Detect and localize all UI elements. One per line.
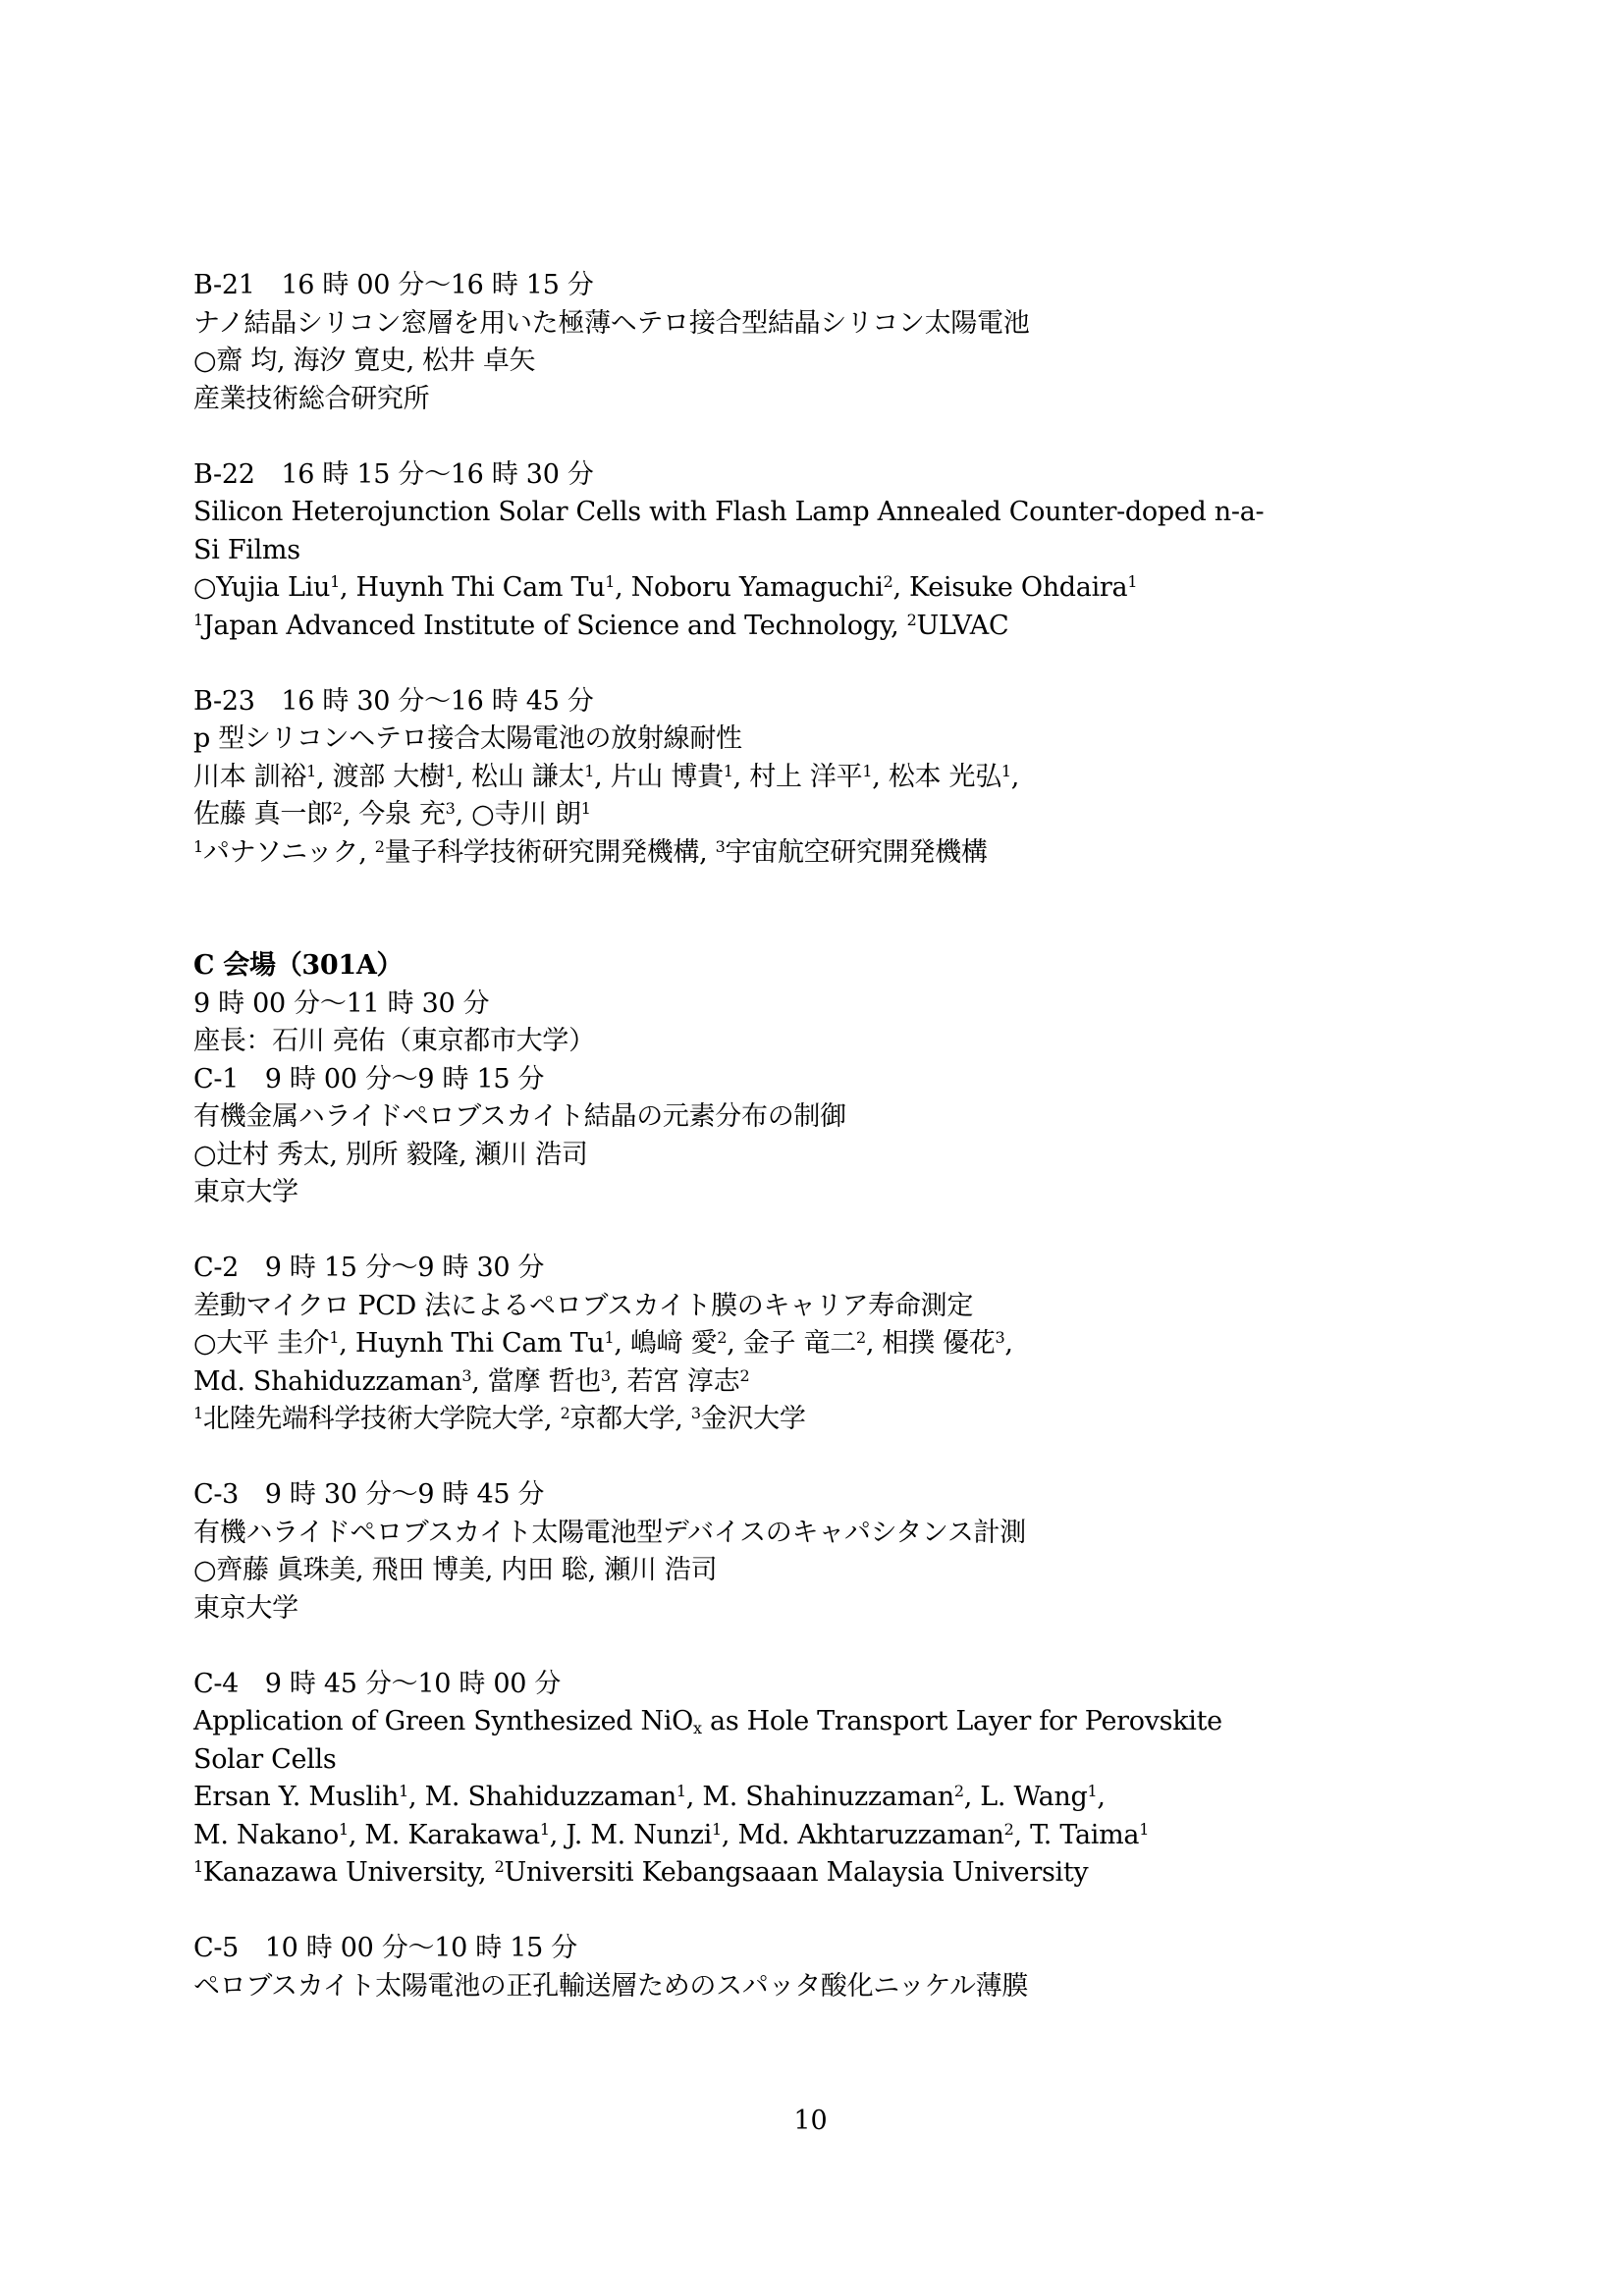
entry-title: 有機ハライドペロブスカイト太陽電池型デバイスのキャパシタンス計測 [193, 1515, 1470, 1553]
entry-c4: C-4 9 時 45 分～10 時 00 分 Application of Gr… [193, 1666, 1470, 1893]
entry-affiliation: 東京大学 [193, 1174, 1470, 1212]
entry-authors: ○齋 均, 海汐 寛史, 松井 卓矢 [193, 343, 1470, 381]
entry-time: 9 時 30 分～9 時 45 分 [265, 1479, 544, 1510]
entry-title: Silicon Heterojunction Solar Cells with … [193, 494, 1470, 532]
entry-id: C-5 [193, 1933, 239, 1963]
program-page: B-21 16 時 00 分～16 時 15 分 ナノ結晶シリコン窓層を用いた極… [193, 267, 1470, 2005]
entry-c1: C-1 9 時 00 分～9 時 15 分 有機金属ハライドペロブスカイト結晶の… [193, 1061, 1470, 1212]
entry-authors: ○Yujia Liu1, Huynh Thi Cam Tu1, Noboru Y… [193, 569, 1470, 608]
entry-affiliation: 1北陸先端科学技術大学院大学, 2京都大学, 3金沢大学 [193, 1401, 1470, 1439]
entry-b22: B-22 16 時 15 分～16 時 30 分 Silicon Heteroj… [193, 456, 1470, 646]
entry-title: 有機金属ハライドペロブスカイト結晶の元素分布の制御 [193, 1098, 1470, 1137]
session-chair: 座長：石川 亮佑（東京都市大学） [193, 1023, 1470, 1061]
entry-header: C-3 9 時 30 分～9 時 45 分 [193, 1476, 1470, 1515]
entry-authors: ○大平 圭介1, Huynh Thi Cam Tu1, 嶋﨑 愛2, 金子 竜二… [193, 1325, 1470, 1363]
entry-time: 9 時 45 分～10 時 00 分 [265, 1669, 561, 1699]
entry-c3: C-3 9 時 30 分～9 時 45 分 有機ハライドペロブスカイト太陽電池型… [193, 1476, 1470, 1628]
entry-title: ナノ結晶シリコン窓層を用いた極薄ヘテロ接合型結晶シリコン太陽電池 [193, 305, 1470, 344]
entry-authors-cont: 佐藤 真一郎2, 今泉 充3, ○寺川 朗1 [193, 796, 1470, 834]
entry-time: 16 時 15 分～16 時 30 分 [281, 459, 593, 490]
entry-time: 10 時 00 分～10 時 15 分 [265, 1933, 577, 1963]
entry-b21: B-21 16 時 00 分～16 時 15 分 ナノ結晶シリコン窓層を用いた極… [193, 267, 1470, 418]
entry-b23: B-23 16 時 30 分～16 時 45 分 p 型シリコンヘテロ接合太陽電… [193, 683, 1470, 873]
entry-title-cont: Solar Cells [193, 1741, 1470, 1780]
entry-time: 9 時 15 分～9 時 30 分 [265, 1253, 544, 1283]
entry-id: C-3 [193, 1479, 239, 1510]
entry-header: B-22 16 時 15 分～16 時 30 分 [193, 456, 1470, 495]
entry-header: B-23 16 時 30 分～16 時 45 分 [193, 683, 1470, 721]
entry-title: p 型シリコンヘテロ接合太陽電池の放射線耐性 [193, 721, 1470, 759]
entry-id: B-21 [193, 270, 255, 300]
entry-time: 16 時 30 分～16 時 45 分 [281, 686, 593, 717]
entry-header: C-2 9 時 15 分～9 時 30 分 [193, 1250, 1470, 1288]
entry-header: B-21 16 時 00 分～16 時 15 分 [193, 267, 1470, 305]
entry-authors: ○齊藤 眞珠美, 飛田 博美, 内田 聡, 瀬川 浩司 [193, 1552, 1470, 1590]
entry-id: C-4 [193, 1669, 239, 1699]
session-heading: C 会場（301A） [193, 947, 1470, 986]
entry-authors: Ersan Y. Muslih1, M. Shahiduzzaman1, M. … [193, 1779, 1470, 1817]
entry-authors: ○辻村 秀太, 別所 毅隆, 瀬川 浩司 [193, 1137, 1470, 1175]
entry-header: C-4 9 時 45 分～10 時 00 分 [193, 1666, 1470, 1704]
entry-c5: C-5 10 時 00 分～10 時 15 分 ペロブスカイト太陽電池の正孔輸送… [193, 1930, 1470, 2005]
entry-time: 9 時 00 分～9 時 15 分 [265, 1064, 544, 1095]
entry-id: B-22 [193, 459, 255, 490]
entry-affiliation: 東京大学 [193, 1590, 1470, 1629]
entry-title: 差動マイクロ PCD 法によるペロブスカイト膜のキャリア寿命測定 [193, 1288, 1470, 1326]
entry-affiliation: 1パナソニック, 2量子科学技術研究開発機構, 3宇宙航空研究開発機構 [193, 834, 1470, 873]
entry-title: ペロブスカイト太陽電池の正孔輸送層ためのスパッタ酸化ニッケル薄膜 [193, 1968, 1470, 2006]
entry-header: C-1 9 時 00 分～9 時 15 分 [193, 1061, 1470, 1099]
entry-title-cont: Si Films [193, 532, 1470, 570]
entry-id: B-23 [193, 686, 255, 717]
entry-authors-cont: Md. Shahiduzzaman3, 當摩 哲也3, 若宮 淳志2 [193, 1363, 1470, 1402]
session-time: 9 時 00 分～11 時 30 分 [193, 986, 1470, 1024]
entry-time: 16 時 00 分～16 時 15 分 [281, 270, 593, 300]
entry-affiliation: 産業技術総合研究所 [193, 381, 1470, 419]
entry-affiliation: 1Kanazawa University, 2Universiti Kebang… [193, 1854, 1470, 1893]
entry-title: Application of Green Synthesized NiOx as… [193, 1703, 1470, 1741]
entry-c2: C-2 9 時 15 分～9 時 30 分 差動マイクロ PCD 法によるペロブ… [193, 1250, 1470, 1439]
entry-id: C-2 [193, 1253, 239, 1283]
session-c: C 会場（301A） 9 時 00 分～11 時 30 分 座長：石川 亮佑（東… [193, 947, 1470, 1061]
entry-id: C-1 [193, 1064, 239, 1095]
entry-authors: 川本 訓裕1, 渡部 大樹1, 松山 謙太1, 片山 博貴1, 村上 洋平1, … [193, 759, 1470, 797]
entry-header: C-5 10 時 00 分～10 時 15 分 [193, 1930, 1470, 1968]
page-number: 10 [0, 2103, 1621, 2140]
entry-authors-cont: M. Nakano1, M. Karakawa1, J. M. Nunzi1, … [193, 1817, 1470, 1855]
entry-affiliation: 1Japan Advanced Institute of Science and… [193, 608, 1470, 646]
